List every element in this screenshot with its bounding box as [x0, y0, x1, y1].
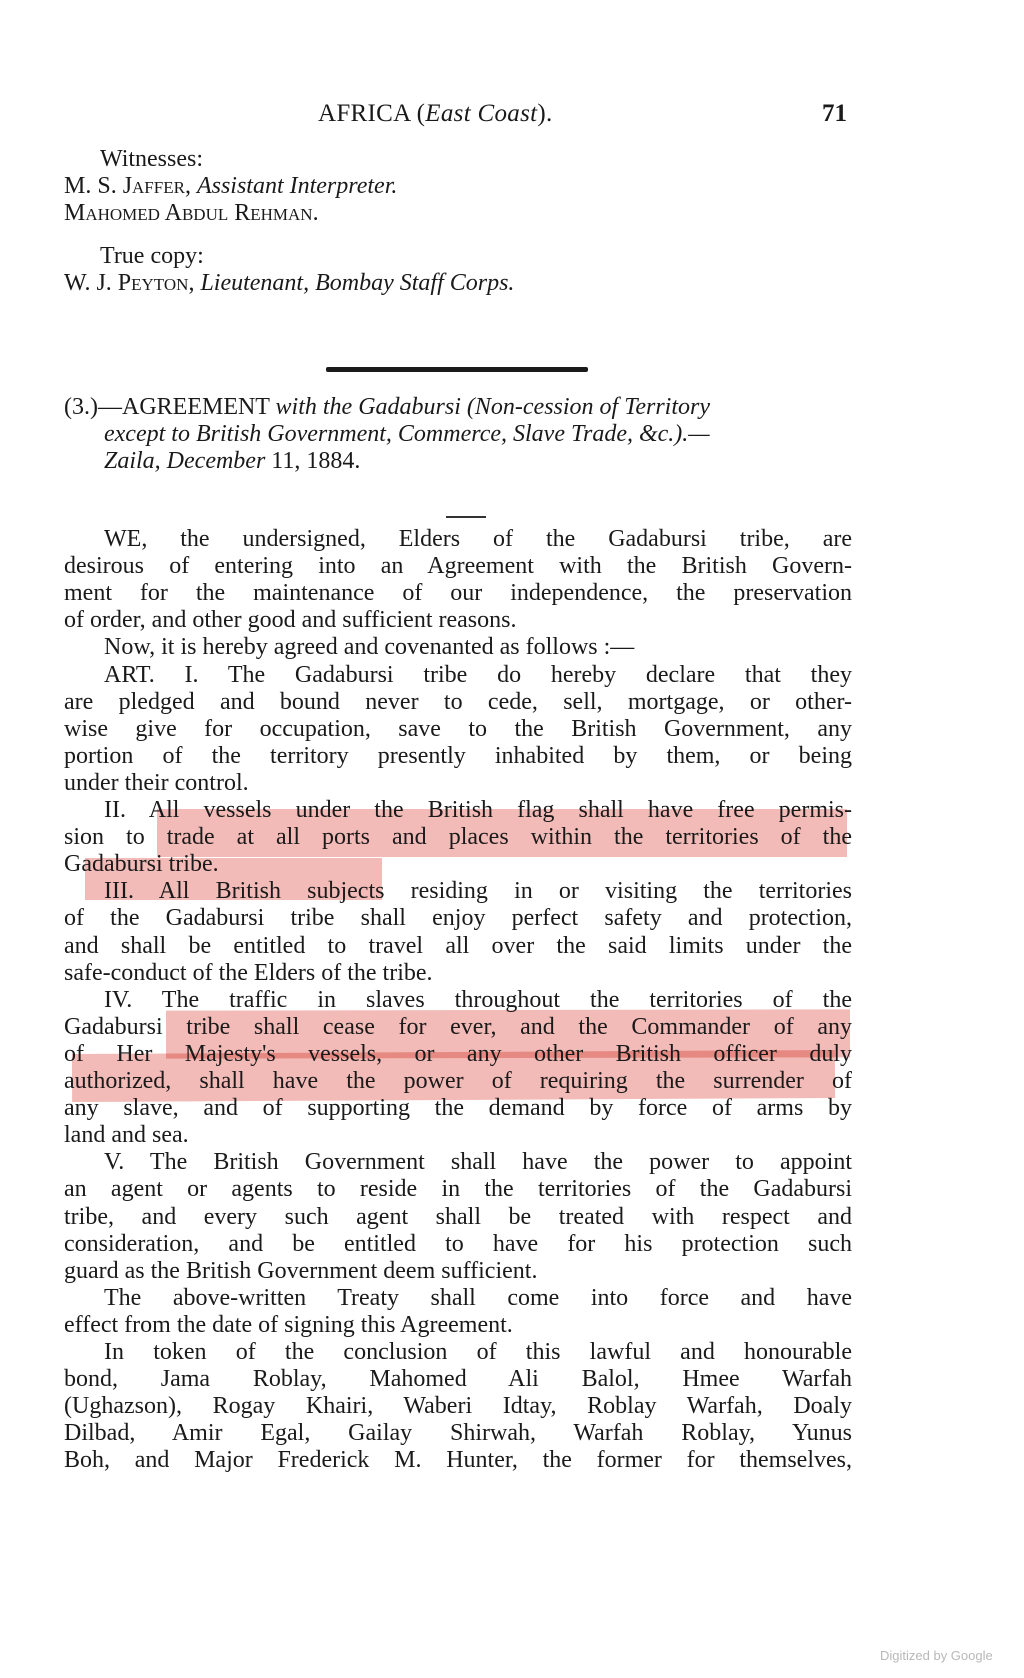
- body-line: desirous of entering into an Agreement w…: [64, 552, 852, 580]
- body-line: guard as the British Government deem suf…: [64, 1257, 537, 1285]
- body-line: safe-conduct of the Elders of the tribe.: [64, 959, 433, 987]
- agreement-heading-line-2: except to British Government, Commerce, …: [104, 420, 710, 448]
- body-line: an agent or agents to reside in the terr…: [64, 1175, 852, 1203]
- body-line: and shall be entitled to travel all over…: [64, 932, 852, 960]
- body-line: portion of the territory presently inhab…: [64, 742, 852, 770]
- agreement-heading-line-1: (3.)—AGREEMENT with the Gadabursi (Non-c…: [64, 393, 710, 421]
- body-line: land and sea.: [64, 1121, 189, 1149]
- heading-underline: [446, 516, 486, 518]
- true-copy-signatory: W. J. Peyton, Lieutenant, Bombay Staff C…: [64, 269, 514, 297]
- body-line: Now, it is hereby agreed and covenanted …: [104, 633, 634, 661]
- body-line: authorized, shall have the power of requ…: [64, 1067, 852, 1095]
- body-line: consideration, and be entitled to have f…: [64, 1230, 852, 1258]
- body-line: In token of the conclusion of this lawfu…: [104, 1338, 852, 1366]
- body-line: Dilbad, Amir Egal, Gailay Shirwah, Warfa…: [64, 1419, 852, 1447]
- body-line: III. All British subjects residing in or…: [104, 877, 852, 905]
- body-line: II. All vessels under the British flag s…: [104, 796, 852, 824]
- agreement-heading-line-3: Zaila, December 11, 1884.: [104, 447, 360, 475]
- witness-jaffer: M. S. Jaffer, Assistant Interpreter.: [64, 172, 397, 200]
- page-number: 71: [822, 100, 847, 128]
- body-line: V. The British Government shall have the…: [104, 1148, 852, 1176]
- witness-rehman: Mahomed Abdul Rehman.: [64, 199, 319, 227]
- body-line: of the Gadabursi tribe shall enjoy perfe…: [64, 904, 852, 932]
- digitized-by-watermark: Digitized by Google: [880, 1648, 993, 1663]
- body-line: of order, and other good and sufficient …: [64, 606, 516, 634]
- body-line: WE, the undersigned, Elders of the Gadab…: [104, 525, 852, 553]
- body-line: are pledged and bound never to cede, sel…: [64, 688, 852, 716]
- body-line: Gadabursi tribe shall cease for ever, an…: [64, 1013, 852, 1041]
- body-line: Gadabursi tribe.: [64, 850, 219, 878]
- body-line: (Ughazson), Rogay Khairi, Waberi Idtay, …: [64, 1392, 852, 1420]
- body-line: IV. The traffic in slaves throughout the…: [104, 986, 852, 1014]
- body-line: tribe, and every such agent shall be tre…: [64, 1203, 852, 1231]
- body-line: ART. I. The Gadabursi tribe do hereby de…: [104, 661, 852, 689]
- body-line: of Her Majesty's vessels, or any other B…: [64, 1040, 852, 1068]
- section-divider: [326, 367, 588, 372]
- body-line: The above-written Treaty shall come into…: [104, 1284, 852, 1312]
- body-line: effect from the date of signing this Agr…: [64, 1311, 513, 1339]
- body-line: under their control.: [64, 769, 249, 797]
- true-copy-label: True copy:: [100, 242, 204, 270]
- scanned-page: AFRICA (East Coast). 71 Witnesses: M. S.…: [0, 0, 1024, 1678]
- body-line: Boh, and Major Frederick M. Hunter, the …: [64, 1446, 852, 1474]
- body-line: ment for the maintenance of our independ…: [64, 579, 852, 607]
- body-line: wise give for occupation, save to the Br…: [64, 715, 852, 743]
- running-title: AFRICA (East Coast).: [318, 100, 553, 128]
- body-line: bond, Jama Roblay, Mahomed Ali Balol, Hm…: [64, 1365, 852, 1393]
- body-line: any slave, and of supporting the demand …: [64, 1094, 852, 1122]
- body-line: sion to trade at all ports and places wi…: [64, 823, 852, 851]
- witnesses-label: Witnesses:: [100, 145, 203, 173]
